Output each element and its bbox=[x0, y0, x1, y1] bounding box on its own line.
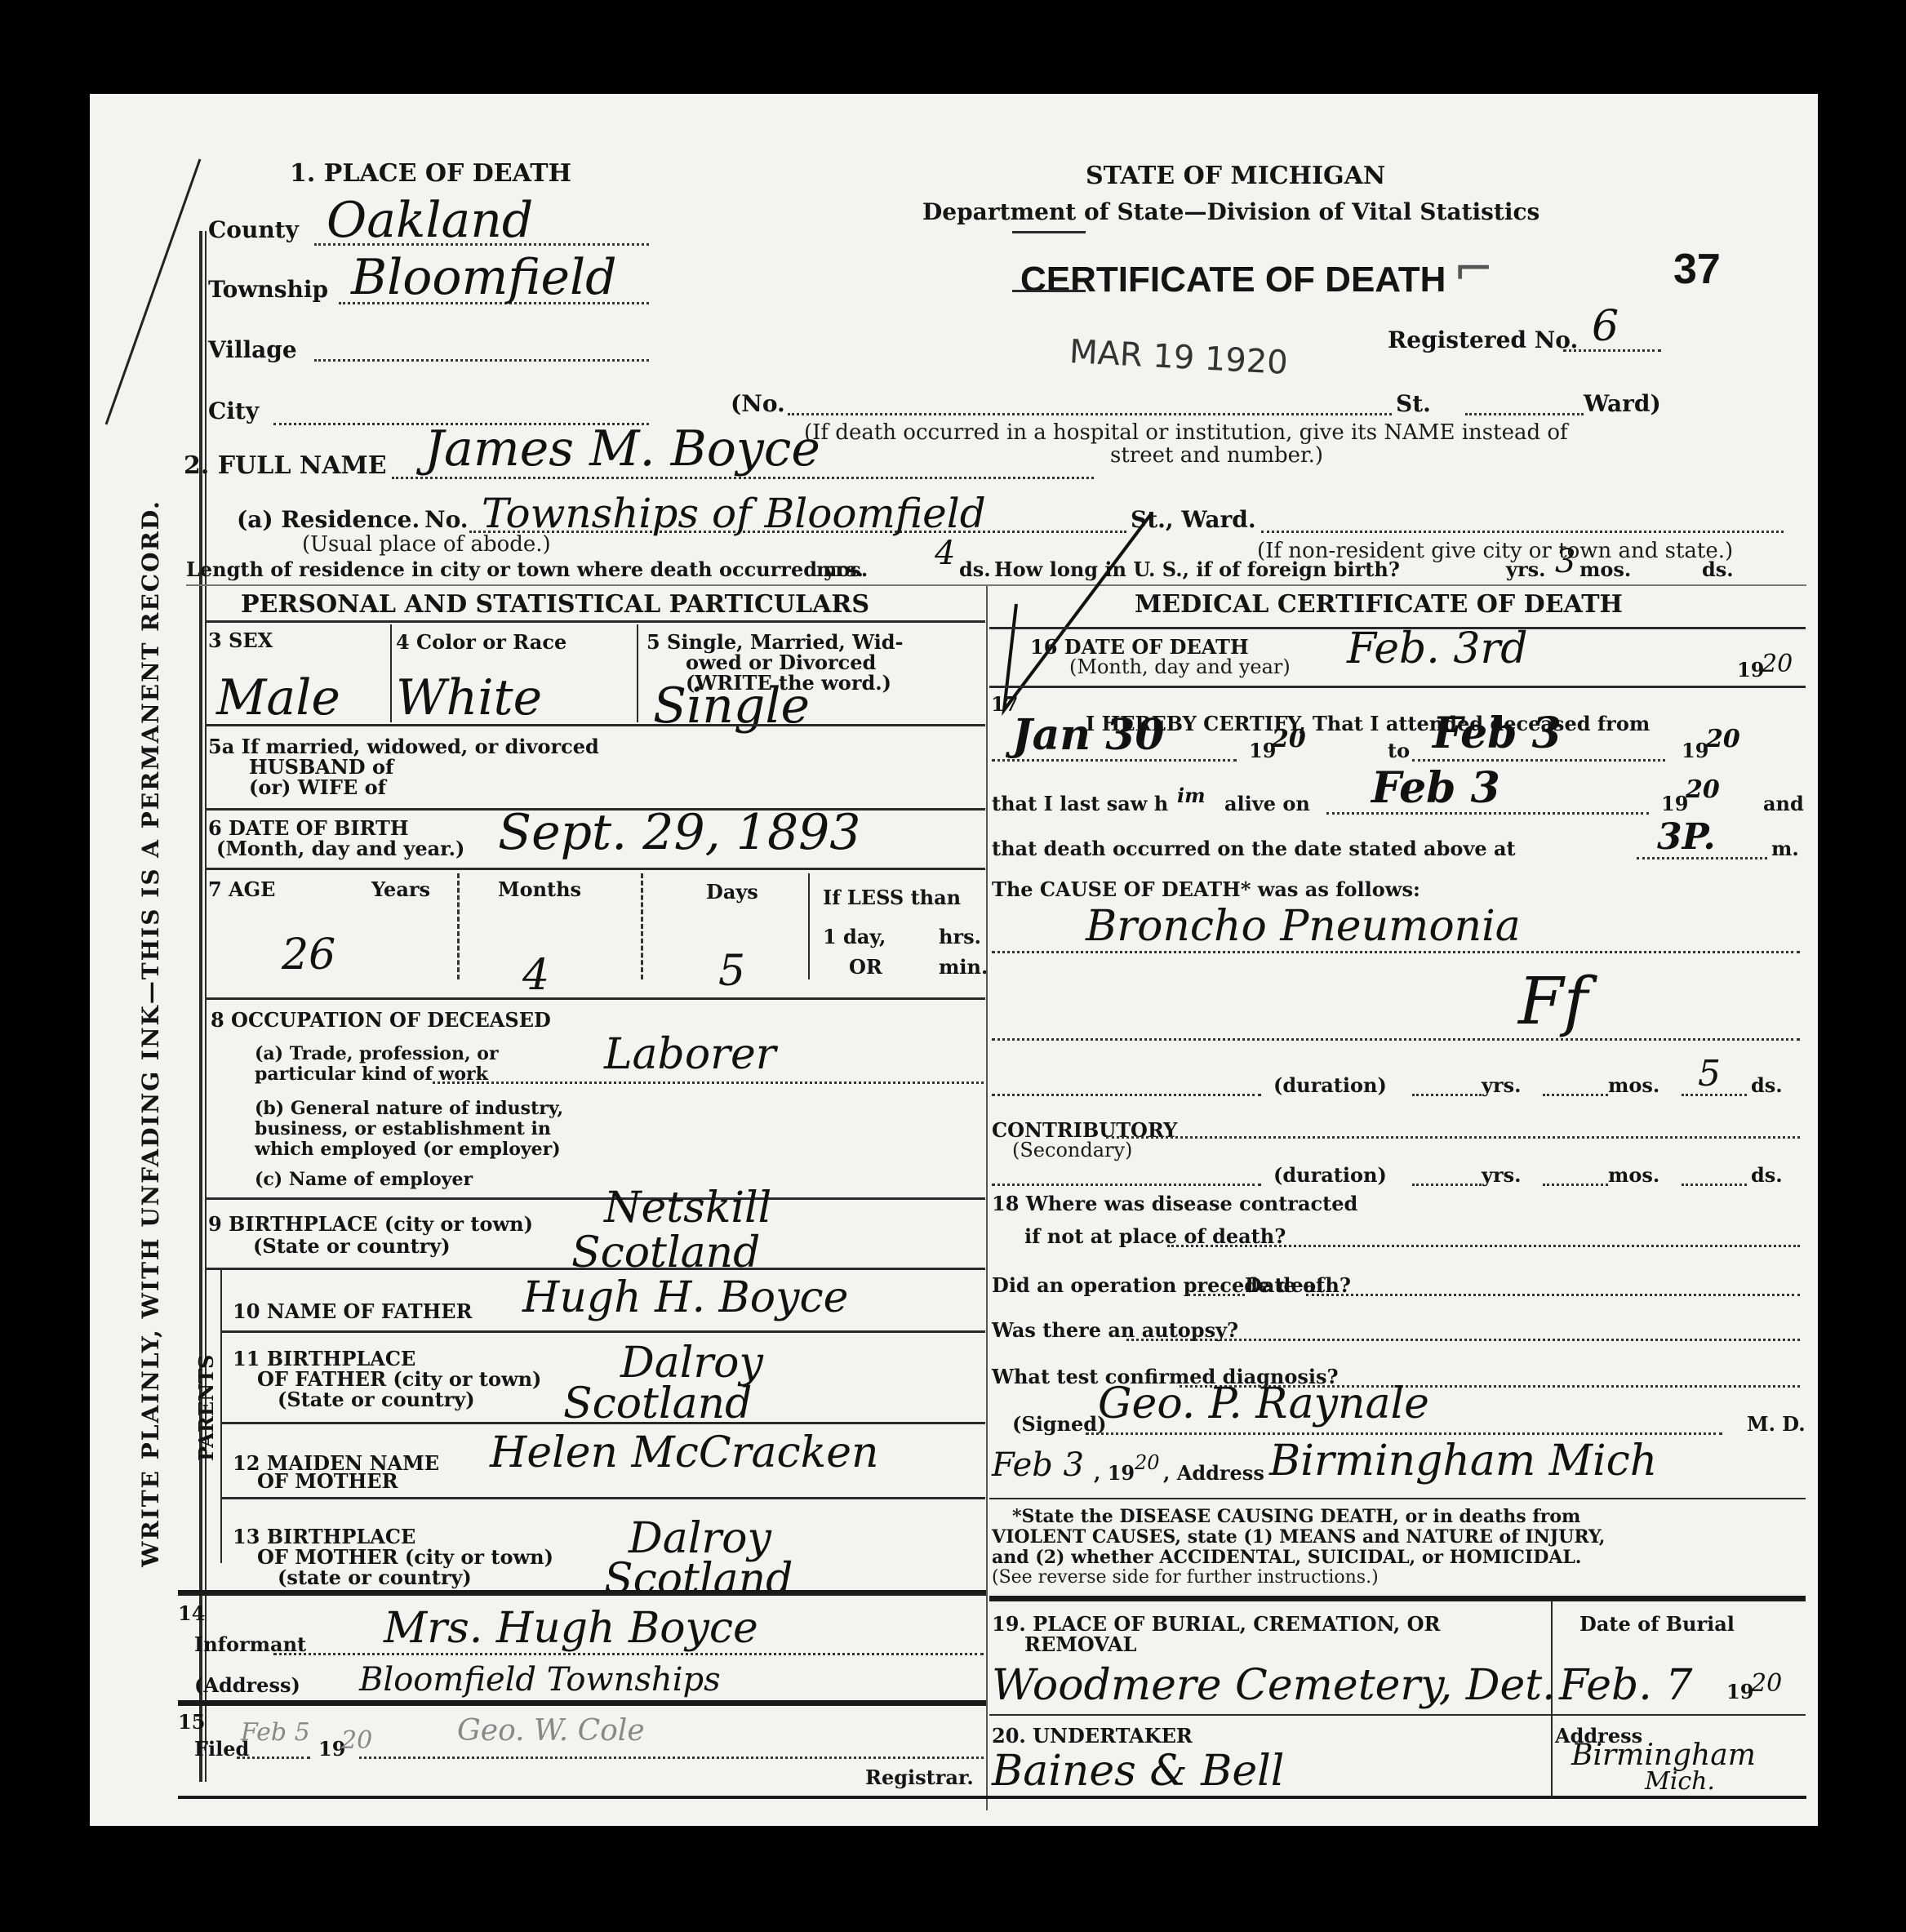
duration2-mos-label: mos. bbox=[1608, 1163, 1659, 1187]
duration2-ds-line bbox=[1682, 1184, 1747, 1186]
row-rule bbox=[222, 1497, 985, 1499]
signed-line bbox=[1086, 1432, 1722, 1435]
row-rule bbox=[206, 1197, 985, 1200]
street-no-line bbox=[788, 413, 1392, 415]
county-label: County bbox=[208, 216, 299, 243]
father-value: Hugh H. Boyce bbox=[522, 1273, 848, 1322]
row-rule bbox=[222, 1330, 985, 1333]
length-value: 4 bbox=[935, 535, 955, 572]
date-of-death-value: Feb. 3rd bbox=[1347, 624, 1528, 673]
operation-line bbox=[1188, 1294, 1245, 1296]
row-rule bbox=[206, 724, 985, 726]
margin-pen-stroke bbox=[98, 155, 204, 482]
sign-year: 20 bbox=[1135, 1451, 1160, 1474]
residence-no-label: No. bbox=[424, 506, 469, 533]
parents-side-label: PARENTS bbox=[194, 1355, 218, 1461]
filed-date-value: Feb 5 bbox=[241, 1718, 310, 1747]
duration-line bbox=[992, 1094, 1261, 1096]
us-yrs-label: yrs. bbox=[1506, 557, 1545, 581]
age-months-value: 4 bbox=[522, 951, 549, 1000]
age-years-value: 26 bbox=[282, 930, 335, 979]
informant-top-rule bbox=[178, 1590, 986, 1596]
hospital-note-2: street and number.) bbox=[1110, 443, 1323, 468]
row-rule bbox=[989, 686, 1806, 688]
sex-label: 3 SEX bbox=[208, 628, 273, 652]
occ-b-label-1: (b) General nature of industry, bbox=[255, 1098, 563, 1119]
operation-date-line bbox=[1306, 1294, 1800, 1296]
undertaker-value: Baines & Bell bbox=[992, 1747, 1284, 1796]
title-rule-bottom bbox=[1012, 290, 1086, 292]
md-label: M. D. bbox=[1747, 1412, 1806, 1436]
residence-ward-line bbox=[1261, 531, 1784, 533]
attended-to-line bbox=[1412, 759, 1665, 762]
time-value: 3P. bbox=[1657, 816, 1716, 858]
burial-top-rule bbox=[989, 1596, 1806, 1601]
us-ds-label: ds. bbox=[1702, 557, 1734, 581]
cause-line-2 bbox=[992, 1038, 1800, 1041]
us-yrs-value: 3 bbox=[1555, 543, 1575, 580]
contributory-line bbox=[1106, 1136, 1800, 1139]
race-label: 4 Color or Race bbox=[396, 630, 566, 654]
registered-no-label: Registered No. bbox=[1388, 326, 1578, 353]
to-label: to bbox=[1388, 739, 1410, 762]
cause-line-1 bbox=[992, 951, 1800, 953]
spouse-label-3: (or) WIFE of bbox=[249, 775, 386, 799]
registrar-line bbox=[359, 1757, 984, 1759]
physician-address-label: , Address bbox=[1163, 1461, 1264, 1485]
occupation-heading: 8 OCCUPATION OF DECEASED bbox=[211, 1008, 551, 1032]
residence-label: (a) Residence. bbox=[237, 506, 420, 533]
attended-to-value: Feb 3 bbox=[1433, 708, 1562, 758]
footnote-4: (See reverse side for further instructio… bbox=[992, 1567, 1379, 1588]
date-of-death-year: 20 bbox=[1762, 650, 1793, 678]
attended-to-year-prefix: 19 bbox=[1682, 739, 1708, 762]
duration-mos-label: mos. bbox=[1608, 1073, 1659, 1097]
duration-yrs-label: yrs. bbox=[1482, 1073, 1521, 1097]
physician-address-value: Birmingham Mich bbox=[1269, 1437, 1657, 1486]
row-rule bbox=[989, 1498, 1806, 1499]
less-than-label: If LESS than bbox=[823, 886, 961, 909]
secondary-label: (Secondary) bbox=[1012, 1139, 1132, 1161]
occ-c-label: (c) Name of employer bbox=[255, 1169, 473, 1190]
undertaker-address-2: Mich. bbox=[1645, 1767, 1715, 1796]
birthplace-country-value: Scotland bbox=[571, 1228, 760, 1277]
place-of-death-heading: 1. PLACE OF DEATH bbox=[290, 159, 571, 188]
registered-no-value: 6 bbox=[1592, 302, 1619, 351]
personal-header-rule bbox=[206, 620, 985, 623]
m-label: m. bbox=[1771, 837, 1799, 860]
father-bp-label-3: (State or country) bbox=[278, 1388, 475, 1411]
age-days-value: 5 bbox=[718, 947, 745, 996]
county-value: Oakland bbox=[327, 192, 533, 249]
attended-from-value: Jan 30 bbox=[1012, 710, 1165, 760]
certify-text: I HEREBY CERTIFY, That I attended deceas… bbox=[1086, 712, 1650, 735]
age-months-label: Months bbox=[498, 877, 581, 901]
sex-race-divider bbox=[390, 624, 392, 722]
last-saw-year: 20 bbox=[1686, 775, 1720, 804]
ward-label: Ward) bbox=[1584, 390, 1661, 417]
residence-value: Townships of Bloomfield bbox=[482, 490, 986, 537]
mother-bp-label-3: (state or country) bbox=[278, 1566, 472, 1589]
burial-date-value: Feb. 7 bbox=[1559, 1661, 1692, 1710]
duration-ds-value: 5 bbox=[1698, 1053, 1721, 1095]
burial-year-prefix: 19 bbox=[1726, 1680, 1753, 1703]
informant-address-value: Bloomfield Townships bbox=[359, 1661, 721, 1699]
last-saw-year-prefix: 19 bbox=[1661, 792, 1688, 815]
race-value: White bbox=[396, 669, 542, 726]
medical-heading: MEDICAL CERTIFICATE OF DEATH bbox=[1135, 590, 1623, 619]
bottom-rule bbox=[178, 1796, 1806, 1799]
age-years-label: Years bbox=[371, 877, 430, 901]
father-bp-country-value: Scotland bbox=[563, 1379, 752, 1428]
informant-value: Mrs. Hugh Boyce bbox=[384, 1604, 758, 1653]
duration-yrs-line bbox=[1412, 1094, 1482, 1096]
side-notice: WRITE PLAINLY, WITH UNFADING INK—THIS IS… bbox=[137, 500, 164, 1567]
father-label: 10 NAME OF FATHER bbox=[233, 1299, 473, 1323]
burial-place-value: Woodmere Cemetery, Det. bbox=[992, 1661, 1556, 1710]
hospital-note-1: (If death occurred in a hospital or inst… bbox=[804, 420, 1568, 445]
parents-bracket-rule bbox=[220, 1269, 222, 1563]
duration2-line bbox=[992, 1184, 1261, 1186]
full-name-value: James M. Boyce bbox=[424, 420, 820, 477]
cause-value: Broncho Pneumonia bbox=[1086, 902, 1521, 951]
last-saw-label: that I last saw h bbox=[992, 792, 1168, 815]
row-rule bbox=[206, 868, 985, 870]
duration2-yrs-label: yrs. bbox=[1482, 1163, 1521, 1187]
township-label: Township bbox=[208, 276, 328, 303]
filed-top-rule bbox=[178, 1700, 986, 1706]
contracted-line bbox=[1167, 1245, 1800, 1247]
birthplace-label-1: 9 BIRTHPLACE (city or town) bbox=[208, 1212, 533, 1236]
mother-value: Helen McCracken bbox=[490, 1428, 878, 1477]
village-label: Village bbox=[208, 336, 297, 363]
occ-a-label-1: (a) Trade, profession, or bbox=[255, 1043, 499, 1064]
footnote-2: VIOLENT CAUSES, state (1) MEANS and NATU… bbox=[992, 1526, 1605, 1548]
village-line bbox=[314, 359, 649, 362]
state-header: STATE OF MICHIGAN bbox=[1086, 162, 1385, 190]
dob-value: Sept. 29, 1893 bbox=[498, 804, 860, 861]
informant-address-label: (Address) bbox=[194, 1673, 300, 1697]
length-residence-label: Length of residence in city or town wher… bbox=[186, 557, 864, 581]
occ-b-label-2: business, or establishment in bbox=[255, 1118, 551, 1139]
footnote-3: and (2) whether ACCIDENTAL, SUICIDAL, or… bbox=[992, 1547, 1581, 1568]
center-column-divider bbox=[986, 586, 988, 1810]
sign-year-prefix: , 19 bbox=[1094, 1461, 1135, 1485]
filed-date-line bbox=[237, 1757, 310, 1759]
occupation-line bbox=[433, 1081, 984, 1084]
mother-label-2: OF MOTHER bbox=[257, 1469, 398, 1493]
city-label: City bbox=[208, 398, 259, 424]
birthplace-city-value: Netskill bbox=[604, 1184, 771, 1232]
duration2-yrs-line bbox=[1412, 1184, 1482, 1186]
footnote-1: *State the DISEASE CAUSING DEATH, or in … bbox=[1012, 1506, 1580, 1527]
row-rule bbox=[206, 997, 985, 1000]
cause-label: The CAUSE OF DEATH* was as follows: bbox=[992, 877, 1420, 901]
and-label: and bbox=[1763, 792, 1804, 815]
contracted-label-1: 18 Where was disease contracted bbox=[992, 1192, 1357, 1215]
filed-num: 15 bbox=[178, 1710, 205, 1734]
row-rule bbox=[222, 1422, 985, 1424]
registrar-label: Registrar. bbox=[865, 1765, 974, 1789]
personal-heading: PERSONAL AND STATISTICAL PARTICULARS bbox=[241, 590, 869, 619]
dob-label-2: (Month, day and year.) bbox=[216, 837, 464, 860]
alive-on-label: alive on bbox=[1224, 792, 1310, 815]
attended-to-year: 20 bbox=[1706, 725, 1740, 753]
time-label: that death occurred on the date stated a… bbox=[992, 837, 1516, 860]
attended-from-year: 20 bbox=[1272, 725, 1306, 753]
certificate-title: CERTIFICATE OF DEATH bbox=[1020, 260, 1446, 300]
last-saw-pronoun: im bbox=[1177, 784, 1206, 807]
file-number: 37 bbox=[1673, 245, 1721, 294]
duration2-ds-label: ds. bbox=[1751, 1163, 1783, 1187]
last-saw-date: Feb 3 bbox=[1371, 763, 1500, 813]
registrar-signature: Geo. W. Cole bbox=[457, 1714, 645, 1748]
title-rule-top bbox=[1012, 231, 1086, 233]
ward-line bbox=[1465, 413, 1584, 415]
department-header: Department of State—Division of Vital St… bbox=[922, 198, 1539, 225]
duration-mos-line bbox=[1543, 1094, 1608, 1096]
length-ds-label: ds. bbox=[959, 557, 991, 581]
doctor-mark: Ff bbox=[1518, 963, 1588, 1039]
sex-value: Male bbox=[216, 669, 340, 726]
us-mos-label: mos. bbox=[1579, 557, 1631, 581]
informant-num: 14 bbox=[178, 1601, 205, 1625]
date-of-death-label-2: (Month, day and year) bbox=[1069, 655, 1291, 678]
age-days-label: Days bbox=[706, 880, 758, 904]
hrs-label: hrs. bbox=[939, 925, 981, 948]
informant-line bbox=[273, 1653, 984, 1655]
usual-abode-label: (Usual place of abode.) bbox=[302, 532, 551, 557]
one-day-label: 1 day, bbox=[823, 925, 886, 948]
length-mos-label: mos. bbox=[816, 557, 868, 581]
township-value: Bloomfield bbox=[351, 249, 617, 306]
duration2-mos-line bbox=[1543, 1184, 1608, 1186]
race-marital-divider bbox=[637, 624, 638, 722]
undertaker-label: 20. UNDERTAKER bbox=[992, 1724, 1193, 1748]
age-divider bbox=[457, 873, 460, 979]
birthplace-label-2: (State or country) bbox=[253, 1234, 451, 1258]
burial-place-label-2: REMOVAL bbox=[1024, 1632, 1137, 1656]
row-rule bbox=[989, 1714, 1806, 1716]
duration-ds-label: ds. bbox=[1751, 1073, 1783, 1097]
min-label: min. bbox=[939, 955, 988, 979]
street-label: St. bbox=[1396, 390, 1431, 417]
age-divider bbox=[641, 873, 643, 979]
sign-date-value: Feb 3 bbox=[992, 1446, 1084, 1484]
file-stamp-mark: ⌐ bbox=[1453, 241, 1494, 298]
autopsy-line bbox=[1126, 1339, 1800, 1341]
occupation-value: Laborer bbox=[604, 1030, 776, 1079]
row-rule bbox=[206, 1268, 985, 1270]
filed-year-value: 20 bbox=[341, 1726, 372, 1755]
date-of-death-year-prefix: 19 bbox=[1737, 658, 1764, 682]
burial-date-label: Date of Burial bbox=[1579, 1612, 1735, 1636]
occ-b-label-3: which employed (or employer) bbox=[255, 1139, 561, 1160]
full-name-label: 2. FULL NAME bbox=[184, 451, 387, 480]
duration-label: (duration) bbox=[1273, 1073, 1387, 1097]
mother-bp-country-value: Scotland bbox=[604, 1555, 793, 1604]
or-label: OR bbox=[849, 955, 882, 979]
burial-year: 20 bbox=[1751, 1669, 1782, 1698]
signed-value: Geo. P. Raynale bbox=[1098, 1379, 1429, 1428]
age-divider bbox=[808, 873, 810, 979]
duration2-label: (duration) bbox=[1273, 1163, 1387, 1187]
age-label: 7 AGE bbox=[208, 877, 275, 901]
street-no-label: (No. bbox=[731, 390, 785, 417]
